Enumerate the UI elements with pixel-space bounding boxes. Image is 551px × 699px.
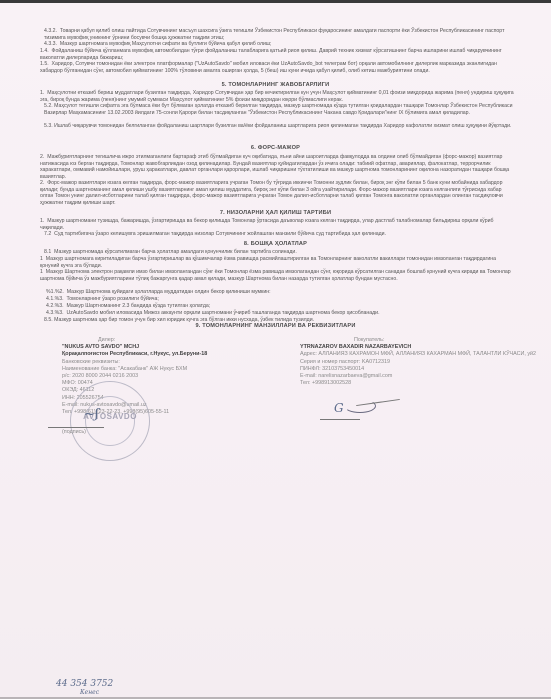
clause-7-1: 1. Мазкур шартномани тузишда, бажаришда,…	[40, 218, 514, 231]
clause-text: Маҳсулот тегишли сифатга эга бўлмаса ёки…	[44, 103, 513, 116]
clause-text: Мазкур Шартнома қуйидаги ҳолатларда мудд…	[67, 289, 271, 295]
clause-8-4-2: 4.2.%3. Мазкур Шартноманинг 2.3 бандида …	[46, 303, 514, 310]
clause-text: UzAutoSavdo мобил иловасида Мижоз аккаун…	[66, 310, 379, 316]
handwritten-note-word: Кенес	[80, 689, 99, 696]
section-9-title: 9. ТОМОНЛАРНИНГ МАНЗИЛЛАРИ ВА РЕКВИЗИТЛА…	[0, 323, 551, 329]
dealer-signature: ~ʃ	[84, 407, 98, 422]
clause-number: 4.3.3.	[44, 41, 57, 47]
clause-text: Харидор, Сотувчи томонидан ёки электрон …	[40, 61, 497, 74]
clause-text: Маҳсулотни етказиб бериш муддатлари бузи…	[40, 90, 514, 103]
clause-8-1: 8.1 Мазкур шартномада кўрсатилмаган барч…	[44, 249, 514, 256]
clause-number: 4.3.2.	[44, 28, 57, 34]
clause-text: Товарни қабул қилиб олиш пайтида Сотувчи…	[44, 28, 504, 41]
clause-number: 4.1.%3.	[46, 296, 64, 302]
clause-4-3-2: 4.3.2. Товарни қабул қилиб олиш пайтида …	[44, 28, 514, 41]
contract-page: 4.3.2. Товарни қабул қилиб олиш пайтида …	[0, 3, 551, 697]
clause-8-3: 1 Мазкур Шартнома электрон рақамли имзо …	[40, 269, 514, 282]
clause-number: 1.5.	[40, 61, 49, 67]
clause-number: 1.	[40, 90, 44, 96]
buyer-heading: Покупатель:	[300, 337, 540, 344]
dealer-heading: Дилер:	[62, 337, 272, 344]
clause-number: 7.2	[44, 231, 51, 237]
clause-8-4: %1.%2. Мазкур Шартнома қуйидаги ҳолатлар…	[46, 289, 514, 296]
dealer-signature-line	[48, 427, 104, 428]
clause-number: 5.3.	[44, 123, 53, 129]
clause-number: 1	[40, 269, 43, 275]
clause-text: Суд тартибигача ўзаро келишувга эришилма…	[54, 231, 386, 237]
clause-5-2: 5.2. Маҳсулот тегишли сифатга эга бўлмас…	[44, 103, 514, 116]
buyer-requisites: Покупатель: YTRNAZAROV BAXADIR NAZARBAYE…	[300, 337, 540, 387]
clause-text: Мазкур шартномага мувофиқ Маҳсулотни сиф…	[60, 41, 272, 47]
clause-number: 2.	[40, 180, 44, 186]
dealer-account: р/с: 2020 8000 2044 0216 2003	[62, 373, 272, 380]
buyer-passport: Серия и номер паспорт: KA0712319	[300, 359, 540, 366]
clause-1-5: 1.5. Харидор, Сотувчи томонидан ёки элек…	[40, 61, 514, 74]
clause-number: 4.2.%3.	[46, 303, 64, 309]
buyer-signature	[344, 399, 376, 413]
clause-6-2: 2. Форс-мажор вазиятлари юзага келган та…	[40, 180, 514, 206]
dealer-bank-name: Наименование банка: "Асакабанк" АЖ Нукус…	[62, 366, 272, 373]
clause-text: Форс-мажор вазиятлари юзага келган тақди…	[40, 180, 503, 206]
clause-number: %1.%2.	[46, 289, 64, 295]
clause-7-2: 7.2 Суд тартибигача ўзаро келишувга эриш…	[44, 231, 514, 238]
clause-6-1: 2. Мажбуриятларнинг тегишлича ижро этилм…	[40, 154, 514, 180]
clause-text: Мазкур шартномага киритиладиган барча ўз…	[40, 256, 496, 269]
clause-number: 4.3.%3.	[46, 310, 64, 316]
clause-1-4: 1.4. Фойдаланиш бўйича қўлланмага мувофи…	[40, 48, 514, 61]
clause-text: Мазкур шартномада кўрсатилмаган барча ҳо…	[54, 249, 297, 255]
clause-number: 1.	[40, 218, 44, 224]
section-5-title: 5. ТОМОНЛАРНИНГ ЖАВОБГАРЛИГИ	[0, 82, 551, 88]
buyer-phone: Тел: +998913002528	[300, 380, 540, 387]
clause-number: 1.4.	[40, 48, 49, 54]
buyer-email: E-mail: narelisnazarbaeva@gmail.com	[300, 373, 540, 380]
clause-5-3: 5.3. Ишлаб чиқарувчи томонидан белгиланг…	[44, 123, 514, 130]
dealer-bank-label: Банковские реквизиты:	[62, 359, 272, 366]
buyer-address: Адрес: АЛЛАНИЯЗ КАХРАМОН МФЙ, АЛЛАНИЯЗ К…	[300, 351, 540, 358]
clause-number: 2.	[40, 154, 44, 160]
dealer-signature-caption: (подпись)	[62, 429, 86, 436]
clause-number: 1	[40, 256, 43, 262]
clause-text: Фойдаланиш бўйича қўлланмага мувофиқ авт…	[40, 48, 502, 61]
clause-4-3-3: 4.3.3. Мазкур шартномага мувофиқ Маҳсуло…	[44, 41, 514, 48]
clause-5-1: 1. Маҳсулотни етказиб бериш муддатлари б…	[40, 90, 514, 103]
buyer-signature-initial: G	[334, 401, 344, 415]
clause-text: Мазкур Шартноманинг 2.3 бандида кўзда ту…	[66, 303, 210, 309]
clause-text: Ишлаб чиқарувчи томонидан белгиланган фо…	[54, 123, 511, 129]
section-7-title: 7. НИЗОЛАРНИ ҲАЛ ҚИЛИШ ТАРТИБИ	[0, 210, 551, 216]
company-stamp: AVTOSAVDO	[70, 381, 150, 461]
buyer-signature-line	[320, 419, 360, 420]
clause-8-4-3: 4.3.%3. UzAutoSavdo мобил иловасида Мижо…	[46, 310, 514, 317]
handwritten-note-number: 44 354 3752	[56, 679, 113, 689]
section-6-title: 6. ФОРС-МАЖОР	[0, 145, 551, 151]
clause-text: Мажбуриятларнинг тегишлича ижро этилмага…	[40, 154, 509, 180]
clause-number: 8.1	[44, 249, 51, 255]
clause-number: 5.2.	[44, 103, 53, 109]
clause-text: Мазкур Шартнома электрон рақамли имзо би…	[40, 269, 511, 282]
dealer-address: Қорақалпоғистон Республикаси, г.Нукус, у…	[62, 351, 272, 358]
clause-text: Мазкур шартномани тузишда, бажаришда, ўз…	[40, 218, 494, 231]
buyer-pinfl: ПИНФЛ: 32103753450014	[300, 366, 540, 373]
clause-text: Томонларнинг ўзаро розилиги бўйича;	[66, 296, 158, 302]
clause-8-2: 1 Мазкур шартномага киритиладиган барча …	[40, 256, 514, 269]
section-8-title: 8. БОШҚА ҲОЛАТЛАР	[0, 241, 551, 247]
clause-8-4-1: 4.1.%3. Томонларнинг ўзаро розилиги бўйи…	[46, 296, 514, 303]
